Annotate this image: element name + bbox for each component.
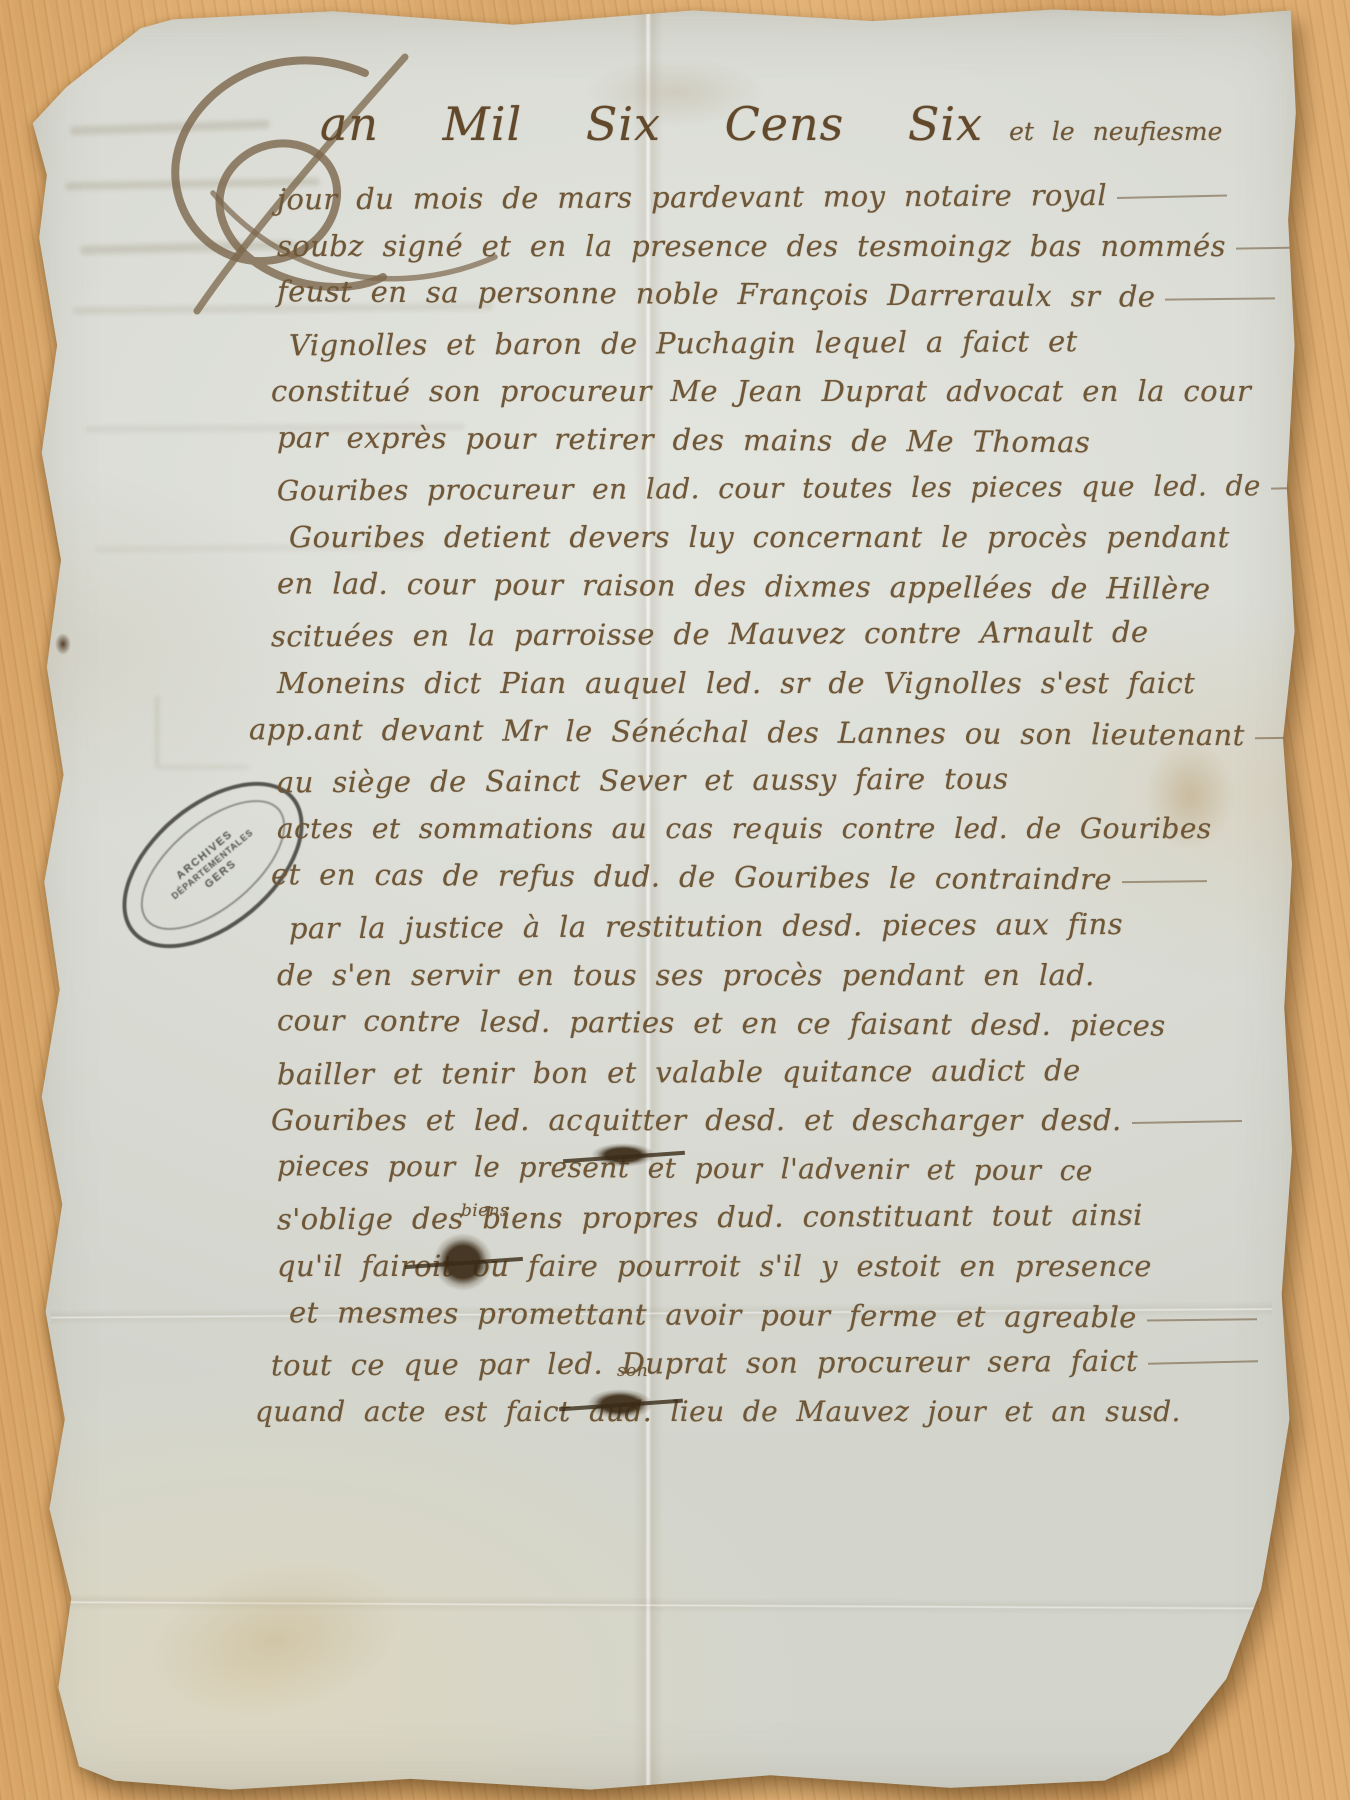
manuscript-line-26: quand acte est faict aud. lieu de Mauvez… (255, 1388, 1187, 1437)
manuscript-line-18: cour contre lesd. parties et en ce faisa… (277, 996, 1187, 1050)
horizontal-fold-crease-2 (51, 1594, 1272, 1616)
verso-showthrough (155, 695, 249, 769)
interlinear-correction-2: son (617, 1361, 648, 1381)
manuscript-text-block: jour du mois de mars pardevant moy notai… (277, 173, 1187, 1436)
manuscript-line-13: au siège de Sainct Sever et aussy faire … (277, 754, 1187, 807)
manuscript-line-16: par la justice à la restitution desd. pi… (289, 900, 1187, 953)
ink-blot-crossed-word (433, 1233, 493, 1291)
paper-stain (132, 1540, 418, 1741)
manuscript-line-9: en lad. cour pour raison des dixmes appe… (277, 559, 1187, 613)
ink-spot-left-edge (55, 633, 71, 655)
manuscript-line-25: tout ce que par led. Duprat son procureu… (271, 1337, 1187, 1390)
manuscript-line-1: jour du mois de mars pardevant moy notai… (277, 171, 1187, 224)
manuscript-line-20: Gouribes et led. acquitter desd. et desc… (271, 1096, 1187, 1145)
stamp-text-middle: DÉPARTEMENTALES (170, 828, 256, 903)
ink-blot-crossed-word-2 (587, 1389, 653, 1419)
manuscript-line-6: par exprès pour retirer des mains de Me … (277, 413, 1187, 467)
manuscript-page: ARCHIVES DÉPARTEMENTALES GERS an Mil Six… (25, 5, 1310, 1795)
stamp-text-top: ARCHIVES (174, 828, 236, 883)
manuscript-line-8: Gouribes detient devers luy concernant l… (289, 513, 1187, 562)
stamp-text-bottom: GERS (202, 857, 240, 892)
date-heading: an Mil Six Cens Sixet le neufiesme (320, 97, 1300, 151)
manuscript-line-14: actes et sommations au cas requis contre… (277, 805, 1187, 854)
manuscript-line-7: Gouribes procureur en lad. cour toutes l… (277, 462, 1187, 515)
heading-tail-text: et le neufiesme (1009, 117, 1222, 146)
manuscript-line-12: app.ant devant Mr le Sénéchal des Lannes… (249, 705, 1187, 759)
manuscript-line-21: pieces pour le present et pour l'advenir… (277, 1142, 1187, 1196)
manuscript-line-11: Moneins dict Pian auquel led. sr de Vign… (277, 659, 1187, 708)
heading-main-text: an Mil Six Cens Six (320, 97, 983, 151)
manuscript-line-15: et en cas de refus dud. de Gouribes le c… (271, 851, 1187, 905)
manuscript-line-24: et mesmes promettant avoir pour ferme et… (289, 1288, 1187, 1342)
manuscript-line-2: soubz signé et en la presence des tesmoi… (277, 222, 1187, 271)
manuscript-page-wrap: ARCHIVES DÉPARTEMENTALES GERS an Mil Six… (25, 5, 1310, 1795)
ink-strikethrough (591, 1143, 655, 1167)
manuscript-line-3: feust en sa personne noble François Darr… (277, 267, 1187, 321)
manuscript-line-4: Vignolles et baron de Puchagin lequel a … (289, 316, 1187, 369)
manuscript-line-5: constitué son procureur Me Jean Duprat a… (271, 367, 1187, 416)
manuscript-line-22: s'oblige des biens propres dud. constitu… (277, 1191, 1187, 1244)
manuscript-line-10: scituées en la parroisse de Mauvez contr… (271, 608, 1187, 661)
manuscript-line-19: bailler et tenir bon et valable quitance… (277, 1045, 1187, 1098)
interlinear-correction: biens (461, 1201, 509, 1221)
manuscript-line-17: de s'en servir en tous ses procès pendan… (277, 951, 1187, 1000)
